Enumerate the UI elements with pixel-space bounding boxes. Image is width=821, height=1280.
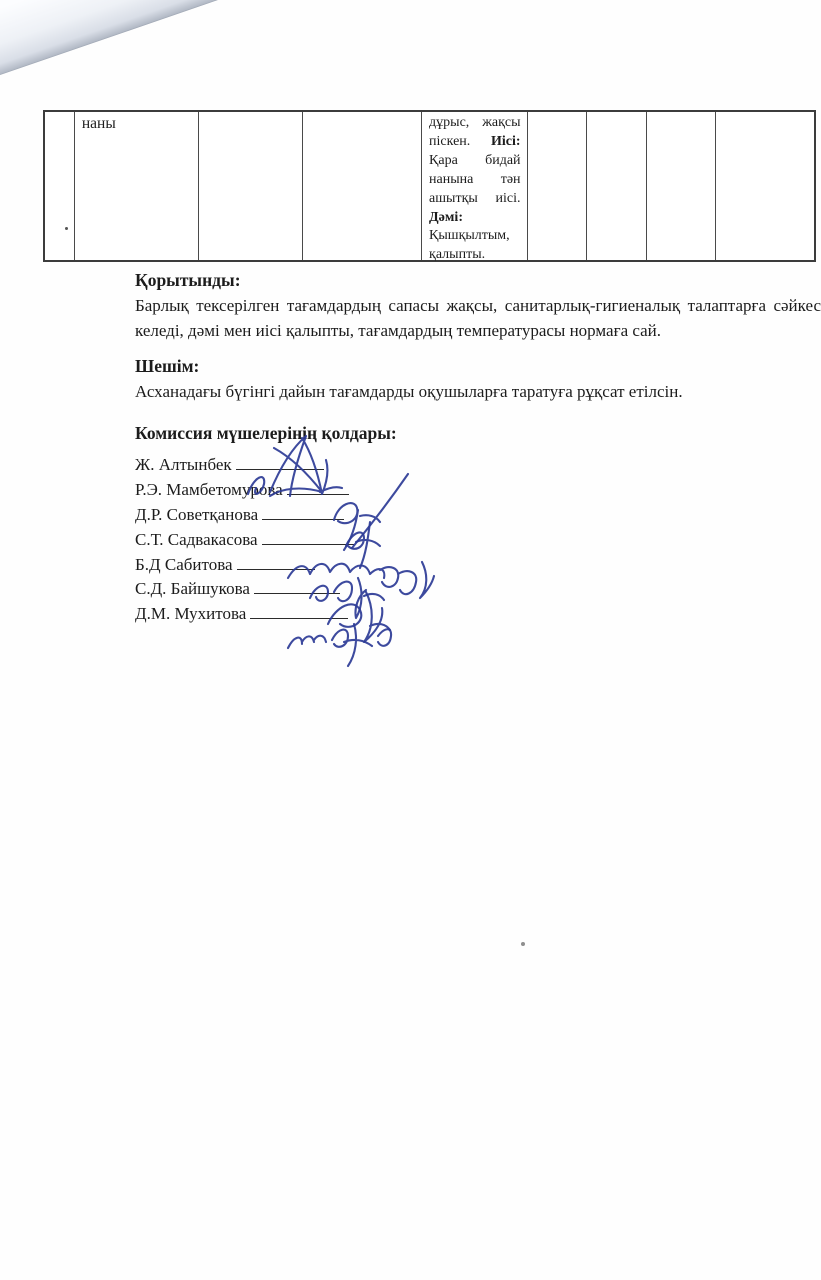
smell-text: Қара бидай нанына тән ашытқы иісі. xyxy=(429,153,521,206)
member-name: Д.Р. Советқанова xyxy=(135,505,258,524)
table-cell-quality-description: дұрыс, жақсы піскен. Иісі: Қара бидай на… xyxy=(422,112,528,260)
table-cell-empty xyxy=(303,112,422,260)
table-cell-empty xyxy=(716,112,814,260)
dish-name-text: наны xyxy=(82,115,116,132)
decision-heading: Шешім: xyxy=(135,354,821,379)
signature-line xyxy=(262,504,344,520)
signatures-heading: Комиссия мүшелерінің қолдары: xyxy=(135,421,821,446)
member-name: С.Т. Садвакасова xyxy=(135,530,258,549)
table-cell-empty xyxy=(528,112,588,260)
member-name: Ж. Алтынбек xyxy=(135,455,232,474)
member-row: Б.Д Сабитова xyxy=(135,553,821,578)
member-row: С.Т. Садвакасова xyxy=(135,528,821,553)
table-cell-empty xyxy=(647,112,716,260)
table-cell-empty xyxy=(587,112,647,260)
commission-members-list: Ж. Алтынбек Р.Э. Мамбетомурова Д.Р. Сове… xyxy=(135,453,821,627)
smell-label: Иісі: xyxy=(491,134,521,149)
signature-mukhitova xyxy=(288,624,391,666)
signature-line xyxy=(250,603,348,619)
table-cell-empty xyxy=(199,112,302,260)
scanned-document-page: наны дұрыс, жақсы піскен. Иісі: Қара бид… xyxy=(0,0,821,1280)
conclusion-heading: Қорытынды: xyxy=(135,268,821,293)
signature-line xyxy=(236,454,324,470)
scan-speck xyxy=(521,942,525,946)
member-name: Б.Д Сабитова xyxy=(135,555,233,574)
member-row: Д.Р. Советқанова xyxy=(135,503,821,528)
member-row: Ж. Алтынбек xyxy=(135,453,821,478)
document-body: Қорытынды: Барлық тексерілген тағамдарды… xyxy=(135,268,821,627)
stray-ink-dot xyxy=(65,227,68,230)
decision-paragraph: Асханадағы бүгінгі дайын тағамдарды оқуш… xyxy=(135,379,821,404)
signature-line xyxy=(262,529,354,545)
member-row: Р.Э. Мамбетомурова xyxy=(135,478,821,503)
member-row: С.Д. Байшукова xyxy=(135,577,821,602)
table-cell-dish-name: наны xyxy=(75,112,199,260)
member-row: Д.М. Мухитова xyxy=(135,602,821,627)
table-cell-number xyxy=(45,112,75,260)
member-name: Р.Э. Мамбетомурова xyxy=(135,480,283,499)
member-name: Д.М. Мухитова xyxy=(135,604,246,623)
taste-text: Қышқылтым, қалыпты. xyxy=(429,228,510,262)
signature-line xyxy=(254,578,340,594)
conclusion-paragraph: Барлық тексерілген тағамдардың сапасы жа… xyxy=(135,293,821,343)
member-name: С.Д. Байшукова xyxy=(135,579,250,598)
page-corner-fold-shadow xyxy=(0,0,225,90)
taste-label: Дәмі: xyxy=(429,210,463,225)
inspection-table: наны дұрыс, жақсы піскен. Иісі: Қара бид… xyxy=(43,110,816,262)
signature-line xyxy=(287,479,349,495)
signature-line xyxy=(237,554,315,570)
